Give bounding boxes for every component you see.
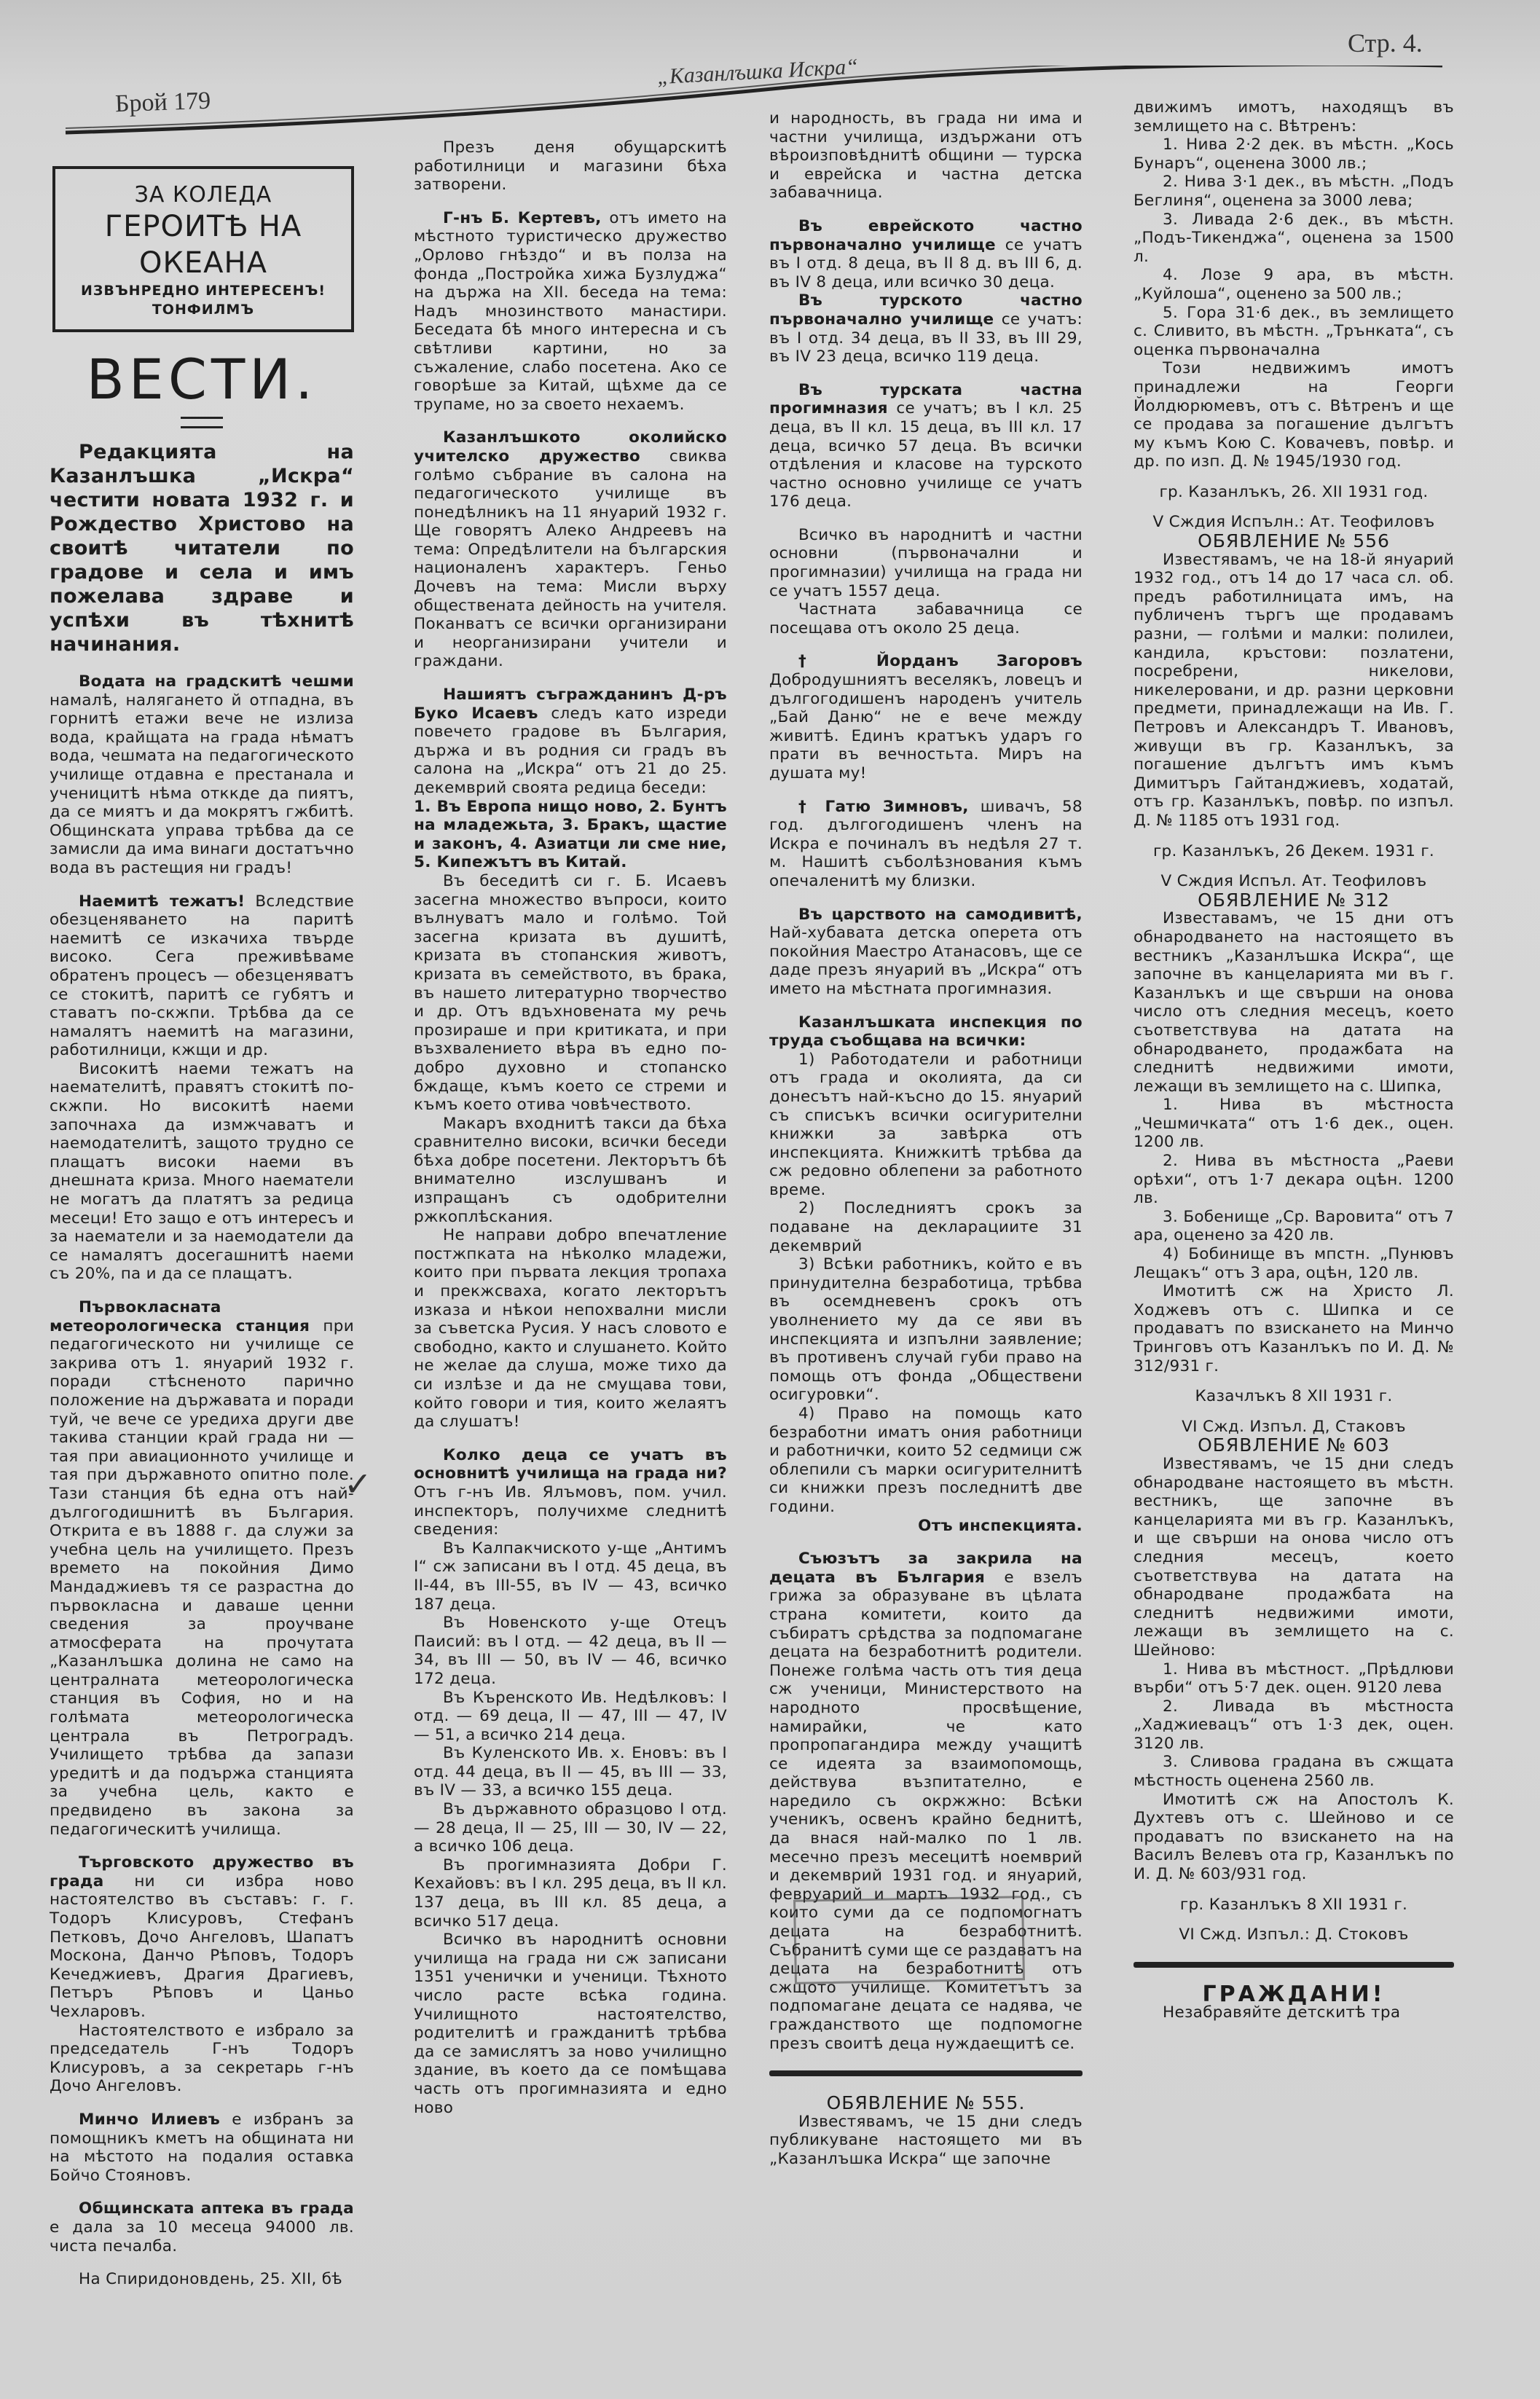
property-item: 2. Нива въ мѣстноста „Раеви орѣхи“, отъ … [1134, 1152, 1454, 1208]
school-stat: Въ Калпакчиското у-ще „Антимъ I“ сж запи… [414, 1539, 727, 1614]
property-owner: Имотитѣ сж на Апостолъ К. Духтевъ отъ с.… [1134, 1791, 1454, 1884]
announcement-body: Известявамъ, че на 18-й януарий 1932 год… [1134, 551, 1454, 831]
news-item: На Спиридоновдень, 25. XII, бѣ [50, 2270, 354, 2289]
property-item: 4. Лозе 9 ара, въ мѣстн. „Куйлоша“, оцен… [1134, 266, 1454, 303]
holiday-greeting: Редакцията на Казанлъшка „Искра“ честити… [50, 440, 354, 656]
newspaper-page: Брой 179 „Казанлъшка Искра“ Стр. 4. ЗА К… [0, 0, 1540, 2399]
library-stamp [793, 1896, 1025, 1984]
announcement-place: гр. Казанлъкъ, 26. XII 1931 год. [1134, 483, 1454, 502]
announcement-title: ОБЯВЛЕНИЕ № 556 [1134, 532, 1454, 551]
appeal-title: ГРАЖДАНИ! [1134, 1985, 1454, 2004]
property-item: 2. Ливада въ мѣстноста „Хаджиевацъ“ отъ … [1134, 1697, 1454, 1754]
news-item: Водата на градскитѣ чешми намалѣ, наляга… [50, 672, 354, 878]
announcement-title: ОБЯВЛЕНИЕ № 312 [1134, 891, 1454, 910]
handwritten-checkmark: ✓ [344, 1464, 372, 1504]
announcement-title: ОБЯВЛЕНИЕ № 555. [769, 2094, 1083, 2113]
news-item: Въ царството на самодивитѣ, Най-хубавата… [769, 906, 1083, 999]
news-item: и народность, въ града ни има и частни у… [769, 109, 1083, 203]
property-item: 3. Сливова градана въ сжщата мѣстность о… [1134, 1753, 1454, 1790]
news-item: Въ еврейското частно първоначално училищ… [769, 217, 1083, 291]
ad-line-3: ИЗВЪНРЕДНО ИНТЕРЕСЕНЪ! [63, 281, 344, 300]
announcement-body: Известявамъ, че 15 дни следъ публикуване… [769, 2113, 1083, 2169]
ad-line-1: ЗА КОЛЕДА [63, 182, 344, 208]
news-item: Презъ деня обущарскитѣ работилници и маг… [414, 138, 727, 195]
announcement-signature: V Сждия Испълн.: Ат. Теофиловъ [1134, 513, 1454, 532]
property-list: движимъ имотъ, находящъ въ землището на … [1134, 98, 1454, 136]
column-3: и народность, въ града ни има и частни у… [769, 109, 1083, 2169]
property-owner: Този недвижимъ имотъ принадлежи на Георг… [1134, 359, 1454, 471]
section-divider [769, 2070, 1083, 2076]
announcement-body: Известявамъ, че 15 дни следъ обнародване… [1134, 1455, 1454, 1660]
notice-signature: Отъ инспекцията. [769, 1517, 1083, 1536]
labor-notice: 1) Работодатели и работници отъ града и … [769, 1051, 1083, 1200]
lecture-list: 1. Въ Европа нищо ново, 2. Бунтъ на млад… [414, 798, 727, 872]
news-item: Въ беседитѣ си г. Б. Исаевъ засегна множ… [414, 872, 727, 1115]
section-title: ВЕСТИ. [50, 347, 354, 412]
school-stat: Въ Новенското у-ще Отецъ Паисий: въ I от… [414, 1614, 727, 1688]
labor-notice: 3) Всѣки работникъ, който е въ принудите… [769, 1255, 1083, 1405]
school-stat: Въ Куленското Ив. х. Еновъ: въ I отд. 44… [414, 1744, 727, 1800]
column-2: Презъ деня обущарскитѣ работилници и маг… [414, 138, 727, 2117]
property-item: 2. Нива 3·1 дек., въ мѣстн. „Подъ Беглин… [1134, 173, 1454, 210]
labor-notice: 2) Последниятъ срокъ за подаване на декл… [769, 1199, 1083, 1255]
labor-notice: 4) Право на помощь като безработни иматъ… [769, 1405, 1083, 1517]
school-stat: Въ държавното образцово I отд. — 28 деца… [414, 1800, 727, 1856]
school-stat: Въ Къренското Ив. Недѣлковъ: I отд. — 69… [414, 1689, 727, 1745]
column-4: движимъ имотъ, находящъ въ землището на … [1134, 98, 1454, 2022]
property-item: 1. Нива въ мѣстност. „Прѣдлюви върби“ от… [1134, 1660, 1454, 1697]
news-item: Наемитѣ тежатъ! Вследствие обезценяванет… [50, 892, 354, 1060]
announcement-signature: VI Сжд. Изпъл. Д, Стаковъ [1134, 1418, 1454, 1437]
section-divider [1134, 1962, 1454, 1968]
news-item: Не направи добро впечатление постжпката … [414, 1226, 727, 1432]
news-item: Всичко въ народнитѣ основни училища на г… [414, 1931, 727, 2117]
news-item: Всичко въ народнитѣ и частни основни (пъ… [769, 526, 1083, 600]
news-item: Колко деца се учатъ въ основнитѣ училища… [414, 1446, 727, 1539]
property-item: 5. Гора 31·6 дек., въ землището с. Сливи… [1134, 304, 1454, 360]
christmas-film-ad: ЗА КОЛЕДА ГЕРОИТѢ НА ОКЕАНА ИЗВЪНРЕДНО И… [52, 166, 354, 332]
obituary: † Гатю Зимновъ, шивачъ, 58 год. дългогод… [769, 798, 1083, 891]
school-stat: Въ прогимназията Добри Г. Кехайовъ: въ I… [414, 1856, 727, 1931]
news-item: Първокласната метеорологическа станция п… [50, 1298, 354, 1839]
announcement-signature: VI Сжд. Изпъл.: Д. Стоковъ [1134, 1925, 1454, 1944]
news-item: Частната забавачница се посещава отъ око… [769, 600, 1083, 637]
property-item: 3. Бобенище „Ср. Варовита“ отъ 7 ара, оц… [1134, 1208, 1454, 1245]
property-item: 1. Нива 2·2 дек. въ мѣстн. „Кось Бунаръ“… [1134, 136, 1454, 173]
announcement-place: гр. Казанлъкъ, 26 Декем. 1931 г. [1134, 842, 1454, 861]
property-item: 4) Бобинище въ мпстн. „Пунювъ Лещакъ“ от… [1134, 1245, 1454, 1282]
title-ornament [181, 417, 223, 428]
ad-line-4: ТОНФИЛМЪ [63, 300, 344, 319]
announcement-place: гр. Казанлъкъ 8 XII 1931 г. [1134, 1896, 1454, 1915]
news-item: Казанлъшкото околийско учителско дружест… [414, 428, 727, 671]
news-item: Търговското дружество въ града ни си изб… [50, 1853, 354, 2021]
news-item: Минчо Илиевъ е избранъ за помощникъ кмет… [50, 2111, 354, 2185]
news-item: Високитѣ наеми тежатъ на наемателитѣ, пр… [50, 1060, 354, 1284]
property-owner: Имотитѣ сж на Христо Л. Ходжевъ отъ с. Ш… [1134, 1282, 1454, 1375]
news-item: Г-нъ Б. Кертевъ, отъ името на мѣстното т… [414, 209, 727, 415]
news-item: Въ турската частна прогимназия се учатъ;… [769, 381, 1083, 511]
announcement-title: ОБЯВЛЕНИЕ № 603 [1134, 1436, 1454, 1455]
news-item: Общинската аптека въ града е дала за 10 … [50, 2199, 354, 2255]
page-number: Стр. 4. [1348, 28, 1423, 58]
property-item: 1. Нива въ мѣстноста „Чешмичката“ отъ 1·… [1134, 1096, 1454, 1152]
news-item: Въ турското частно първоначално училище … [769, 291, 1083, 366]
news-item: Казанлъшката инспекция по труда съобщава… [769, 1013, 1083, 1051]
announcement-place: Казачлъкъ 8 XII 1931 г. [1134, 1387, 1454, 1406]
news-item: Макаръ входнитѣ такси да бѣха сравнителн… [414, 1115, 727, 1227]
announcement-body: Известавамъ, че 15 дни отъ обнародването… [1134, 909, 1454, 1096]
column-1: ЗА КОЛЕДА ГЕРОИТѢ НА ОКЕАНА ИЗВЪНРЕДНО И… [50, 166, 354, 2289]
news-item: Настоятелството е избрало за председател… [50, 2022, 354, 2096]
ad-line-2: ГЕРОИТѢ НА ОКЕАНА [63, 208, 344, 281]
news-item: Нашиятъ съгражданинъ Д-ръ Буко Исаевъ сл… [414, 686, 727, 798]
announcement-signature: V Сждия Испъл. Ат. Теофиловъ [1134, 872, 1454, 891]
property-item: 3. Ливада 2·6 дек., въ мѣстн. „Подъ-Тике… [1134, 211, 1454, 267]
obituary: † Йорданъ Загоровъ Добродушниятъ веселяк… [769, 652, 1083, 782]
appeal-body: Незабравяйте детскитѣ тра [1134, 2003, 1454, 2022]
